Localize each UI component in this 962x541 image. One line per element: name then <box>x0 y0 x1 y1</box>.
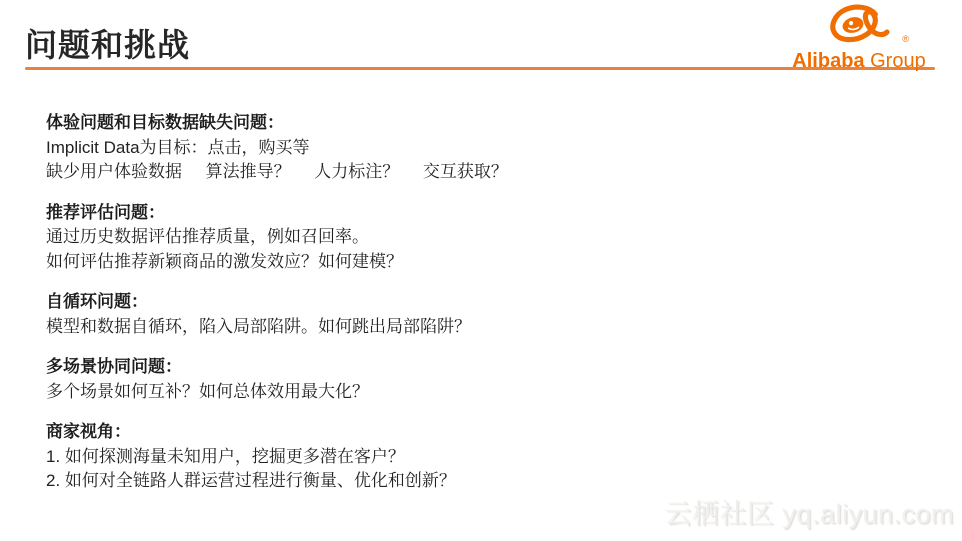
yunqi-community-watermark: 云栖社区 yq.aliyun.com <box>664 492 954 531</box>
page-title: 问题和挑战 <box>25 20 190 66</box>
section-line: 1. 如何探测海量未知用户，挖掘更多潜在客户？ <box>46 445 922 470</box>
section-merchant-view: 商家视角： 1. 如何探测海量未知用户，挖掘更多潜在客户？ 2. 如何对全链路人… <box>46 420 922 494</box>
section-heading: 多场景协同问题： <box>46 355 922 380</box>
section-experience-data-missing: 体验问题和目标数据缺失问题： Implicit Data为目标：点击，购买等 缺… <box>46 111 922 185</box>
wordmark-group: Group <box>865 50 926 72</box>
section-line: 2. 如何对全链路人群运营过程进行衡量、优化和创新？ <box>46 469 922 494</box>
section-heading: 推荐评估问题： <box>46 201 922 226</box>
section-heading: 商家视角： <box>46 420 922 445</box>
section-heading: 体验问题和目标数据缺失问题： <box>46 111 922 136</box>
section-line: 模型和数据自循环，陷入局部陷阱。如何跳出局部陷阱？ <box>46 315 922 340</box>
alibaba-group-logo: ® Alibaba Group <box>784 4 934 71</box>
registered-trademark-mark: ® <box>902 34 909 44</box>
section-line: 通过历史数据评估推荐质量，例如召回率。 <box>46 225 922 250</box>
section-line: 多个场景如何互补？如何总体效用最大化？ <box>46 380 922 405</box>
wordmark-alibaba: Alibaba <box>792 50 864 72</box>
section-line: Implicit Data为目标：点击，购买等 <box>46 136 922 161</box>
section-line: 如何评估推荐新颖商品的激发效应？如何建模？ <box>46 250 922 275</box>
presentation-slide: 问题和挑战 ® Alibaba Group 体验问题和目标数据缺失问题： Imp… <box>0 0 962 541</box>
section-line: 缺少用户体验数据 算法推导？ 人力标注？ 交互获取？ <box>46 160 922 185</box>
section-self-loop: 自循环问题： 模型和数据自循环，陷入局部陷阱。如何跳出局部陷阱？ <box>46 290 922 339</box>
section-recommendation-evaluation: 推荐评估问题： 通过历史数据评估推荐质量，例如召回率。 如何评估推荐新颖商品的激… <box>46 201 922 275</box>
alibaba-a-smile-icon: ® <box>821 4 897 46</box>
alibaba-group-wordmark: Alibaba Group <box>784 51 934 71</box>
section-heading: 自循环问题： <box>46 290 922 315</box>
slide-body: 体验问题和目标数据缺失问题： Implicit Data为目标：点击，购买等 缺… <box>46 111 922 510</box>
section-multi-scene: 多场景协同问题： 多个场景如何互补？如何总体效用最大化？ <box>46 355 922 404</box>
